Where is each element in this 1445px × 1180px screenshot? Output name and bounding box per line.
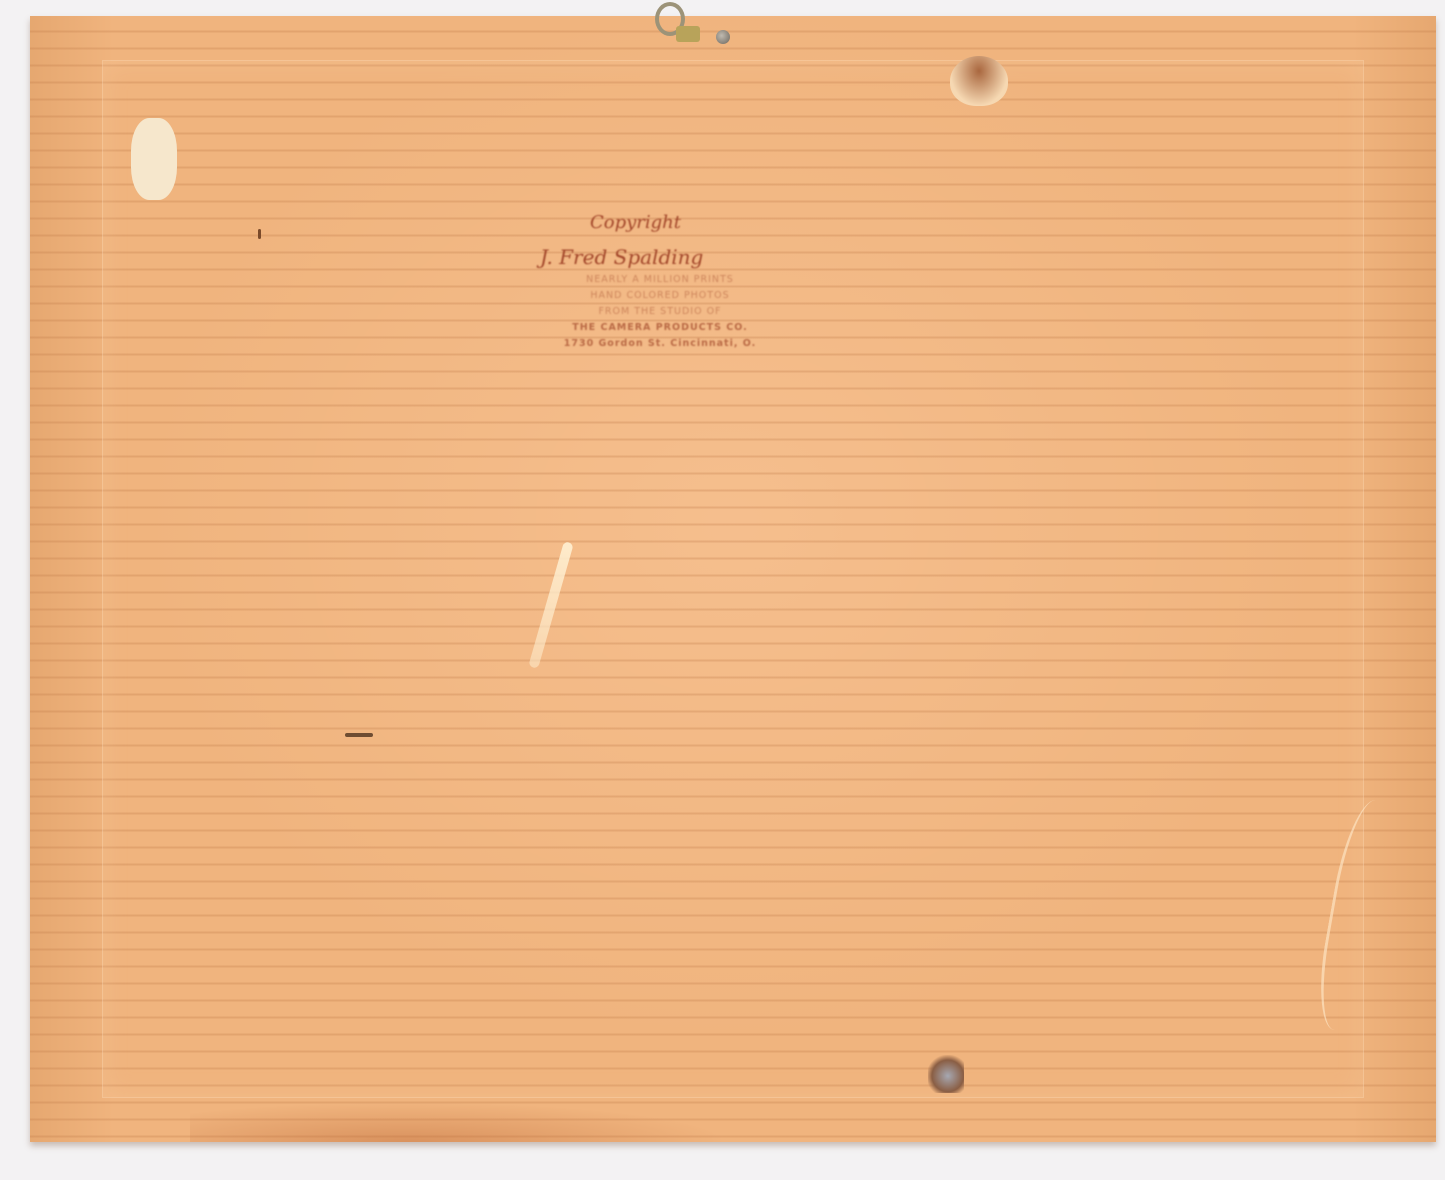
hanger-bracket <box>676 26 700 42</box>
gouge-mark-bottom <box>928 1055 964 1093</box>
ink-mark <box>345 733 373 737</box>
gouge-mark <box>950 56 1008 106</box>
stamp-line: FROM THE STUDIO OF <box>530 306 790 317</box>
publisher-name-script: J. Fred Spalding <box>540 245 790 269</box>
stamp-address: 1730 Gordon St. Cincinnati, O. <box>530 338 790 349</box>
copyright-script: Copyright <box>590 212 790 233</box>
water-stain <box>190 1102 730 1142</box>
stamp-line: NEARLY A MILLION PRINTS <box>530 274 790 285</box>
stamp-line: HAND COLORED PHOTOS <box>530 290 790 301</box>
ink-dot <box>258 229 261 239</box>
stamp-line: THE CAMERA PRODUCTS CO. <box>530 322 790 333</box>
screw-icon <box>716 30 730 44</box>
publisher-stamp: Copyright J. Fred Spalding NEARLY A MILL… <box>530 212 790 349</box>
paper-patch <box>131 118 177 200</box>
frame-backing-board <box>30 16 1436 1142</box>
